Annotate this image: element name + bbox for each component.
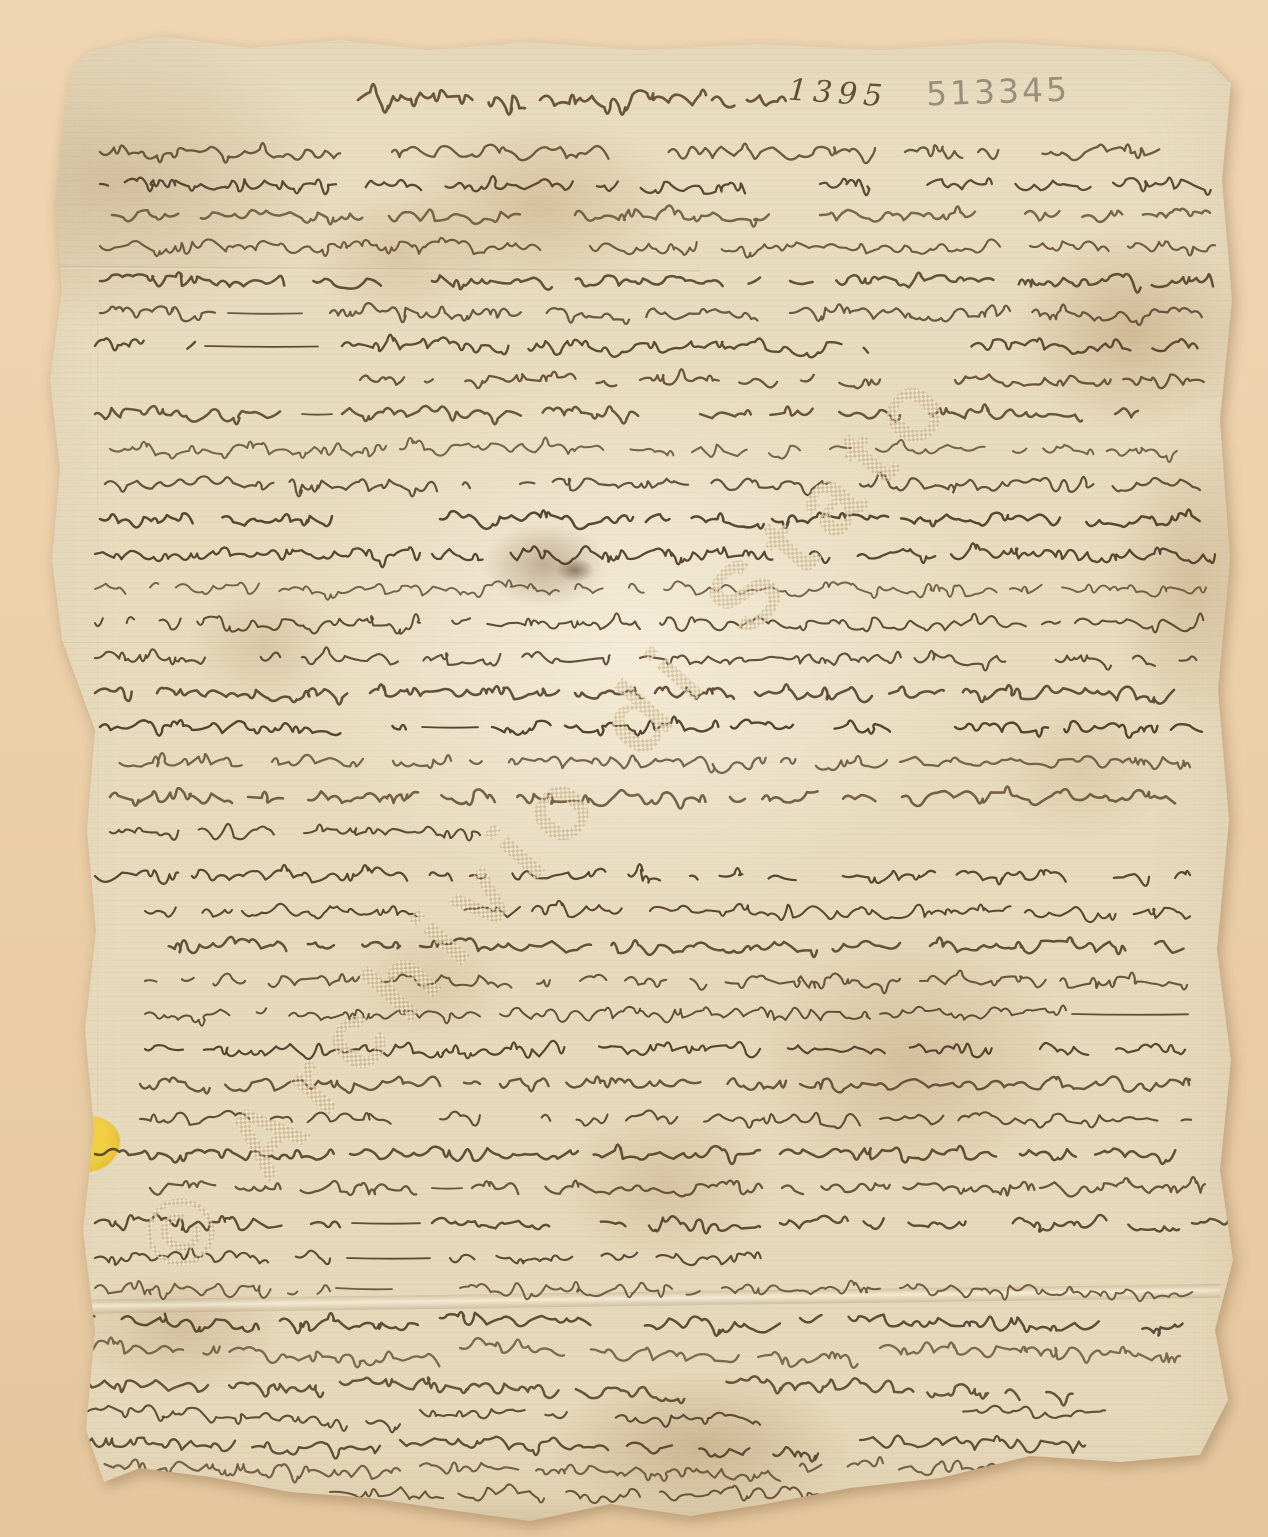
handwriting-line (242, 904, 520, 919)
archive-number-pencil: 513345 (925, 69, 1070, 113)
handwriting-line (261, 647, 620, 665)
handwriting-line (440, 511, 764, 529)
handwriting-line (95, 1215, 340, 1232)
manuscript-page: 1395 513345 © Archivio di Stato (0, 0, 1268, 1537)
handwriting-line (192, 865, 452, 882)
handwriting-line (432, 275, 760, 289)
handwriting-line (660, 614, 1060, 632)
handwriting-line (360, 372, 616, 388)
handwriting-line (780, 1146, 996, 1162)
handwriting-line (140, 1111, 420, 1125)
handwriting-line (432, 1216, 760, 1233)
handwriting-line (930, 404, 1082, 421)
handwriting-line (350, 1145, 760, 1164)
handwriting-line (392, 145, 618, 160)
handwriting-line (930, 937, 1184, 954)
handwriting-line (75, 1338, 439, 1368)
handwriting-line (400, 438, 800, 459)
scan-background: 1395 513345 © Archivio di Stato (0, 0, 1268, 1537)
handwriting-line (342, 406, 638, 424)
handwriting-line (955, 374, 1204, 388)
handwriting-line (1040, 1177, 1205, 1196)
handwriting-line (145, 908, 232, 917)
handwriting-line (75, 1313, 418, 1333)
handwriting-line (95, 339, 195, 351)
handwriting-line (228, 313, 302, 314)
handwriting-line (95, 547, 420, 567)
handwriting-line (432, 546, 790, 564)
handwriting-line (590, 239, 1000, 257)
handwriting-line (492, 717, 890, 736)
handwriting-line (336, 1288, 392, 1289)
handwriting-line (100, 176, 745, 194)
handwriting-line (500, 1076, 786, 1091)
handwriting-line (370, 684, 559, 699)
handwriting-line (782, 1182, 1034, 1196)
handwriting-line (520, 478, 829, 495)
handwriting-line (700, 407, 900, 422)
handwriting-line (1072, 1014, 1188, 1015)
handwriting-line (1030, 241, 1215, 255)
handwriting-line (105, 1459, 400, 1482)
handwriting-line (727, 1376, 1094, 1405)
handwriting-line (95, 870, 178, 883)
handwriting-line (730, 791, 892, 802)
handwriting-line (145, 974, 359, 987)
handwriting-line (1075, 613, 1203, 632)
handwriting-line (330, 303, 757, 324)
handwriting-line (68, 1380, 323, 1397)
handwriting-line (100, 306, 215, 321)
handwriting-line (342, 335, 868, 358)
handwriting-line (955, 721, 1202, 738)
handwriting-line (927, 178, 1210, 195)
handwriting-line (95, 406, 280, 424)
handwriting-line (248, 789, 706, 808)
handwriting-line (460, 1282, 700, 1299)
handwriting-line (500, 1007, 870, 1022)
handwriting-line (95, 688, 347, 705)
handwriting-line (452, 613, 640, 629)
handwriting-line (772, 510, 1200, 528)
handwriting-line (420, 1409, 760, 1427)
handwriting-line (599, 1042, 1010, 1057)
handwriting-line (800, 1457, 1026, 1480)
handwriting-line (95, 1149, 334, 1162)
handwriting-line (800, 1077, 1190, 1093)
handwriting-line (272, 755, 887, 773)
handwriting-line (920, 971, 1187, 990)
handwriting-line (712, 95, 786, 107)
handwriting-line (110, 788, 232, 805)
handwriting-line (145, 1008, 480, 1026)
handwriting-line (900, 756, 1190, 769)
handwriting-line (432, 1188, 462, 1189)
handwriting-line (205, 346, 318, 347)
handwriting-line (145, 1041, 564, 1059)
handwriting-line (660, 1486, 1009, 1504)
handwriting-line (820, 179, 869, 196)
handwriting-line (669, 144, 875, 164)
handwriting-line (880, 1342, 1180, 1362)
handwriting-line (830, 440, 1177, 462)
handwriting-line (100, 272, 420, 288)
handwriting-line (722, 1281, 880, 1295)
handwriting-line (100, 143, 340, 163)
handwriting-line (902, 787, 1175, 807)
handwriting-line (540, 90, 706, 115)
handwriting-line (422, 727, 478, 728)
handwriting-line (95, 1247, 330, 1264)
handwriting-line (352, 1223, 420, 1224)
handwriting-line (575, 688, 642, 699)
handwriting-line (800, 1315, 1183, 1336)
handwriting-line (790, 304, 1202, 325)
handwriting-line (347, 1258, 430, 1259)
handwriting-line (382, 974, 560, 987)
handwriting-line (140, 1077, 480, 1094)
handwriting-line (110, 824, 480, 841)
handwriting-line (100, 720, 406, 736)
handwriting-line (100, 238, 560, 256)
handwriting-line (95, 1281, 330, 1299)
handwritten-text-block (0, 0, 1268, 1537)
handwriting-line (690, 868, 1190, 886)
handwriting-line (95, 614, 420, 634)
handwriting-line (971, 338, 1210, 353)
handwriting-line (1040, 1043, 1185, 1055)
handwriting-line (95, 580, 559, 600)
handwriting-line (112, 210, 520, 225)
handwriting-line (150, 1181, 416, 1195)
handwriting-line (400, 1437, 839, 1462)
handwriting-line (470, 864, 660, 883)
handwriting-line (95, 649, 205, 664)
handwriting-line (472, 1181, 762, 1197)
handwriting-line (905, 144, 1159, 160)
handwriting-line (100, 513, 332, 527)
handwriting-line (880, 1006, 1066, 1020)
handwriting-line (169, 937, 400, 953)
handwriting-line (655, 684, 1174, 703)
handwriting-line (420, 938, 900, 957)
handwriting-line (358, 84, 525, 114)
handwriting-line (120, 753, 261, 767)
handwriting-line (440, 1312, 780, 1336)
handwriting-line (420, 1462, 780, 1481)
handwriting-line (900, 1284, 1192, 1301)
handwriting-line (860, 1436, 1085, 1453)
handwriting-line (650, 904, 1190, 922)
handwriting-line (302, 414, 332, 415)
handwriting-line (640, 369, 880, 388)
handwriting-line (963, 1406, 1105, 1418)
handwriting-line (1020, 1149, 1185, 1164)
handwriting-line (575, 206, 769, 227)
handwriting-line (1115, 408, 1138, 417)
handwriting-line (63, 1405, 400, 1432)
handwriting-line (790, 273, 1213, 293)
handwriting-line (1010, 585, 1206, 597)
handwriting-line (450, 1252, 761, 1265)
handwriting-line (340, 1377, 684, 1403)
handwriting-line (110, 442, 386, 459)
handwriting-line (880, 1112, 1191, 1127)
handwriting-line (860, 473, 1200, 493)
handwriting-line (532, 901, 622, 917)
handwriting-line (640, 651, 1196, 671)
handwriting-line (780, 1215, 1179, 1232)
handwriting-line (330, 1484, 640, 1503)
handwriting-line (60, 1438, 380, 1459)
handwriting-line (575, 581, 997, 598)
handwriting-line (810, 543, 1215, 563)
handwriting-line (580, 974, 900, 994)
handwriting-line (440, 1110, 860, 1128)
paper-shadow-wrap: 1395 513345 © Archivio di Stato (0, 0, 1268, 1537)
handwriting-line (460, 1338, 858, 1368)
heading-year-text: 1395 (787, 73, 890, 115)
handwriting-line (820, 206, 1210, 221)
handwriting-line (105, 476, 500, 496)
handwriting-line (1192, 1219, 1228, 1225)
